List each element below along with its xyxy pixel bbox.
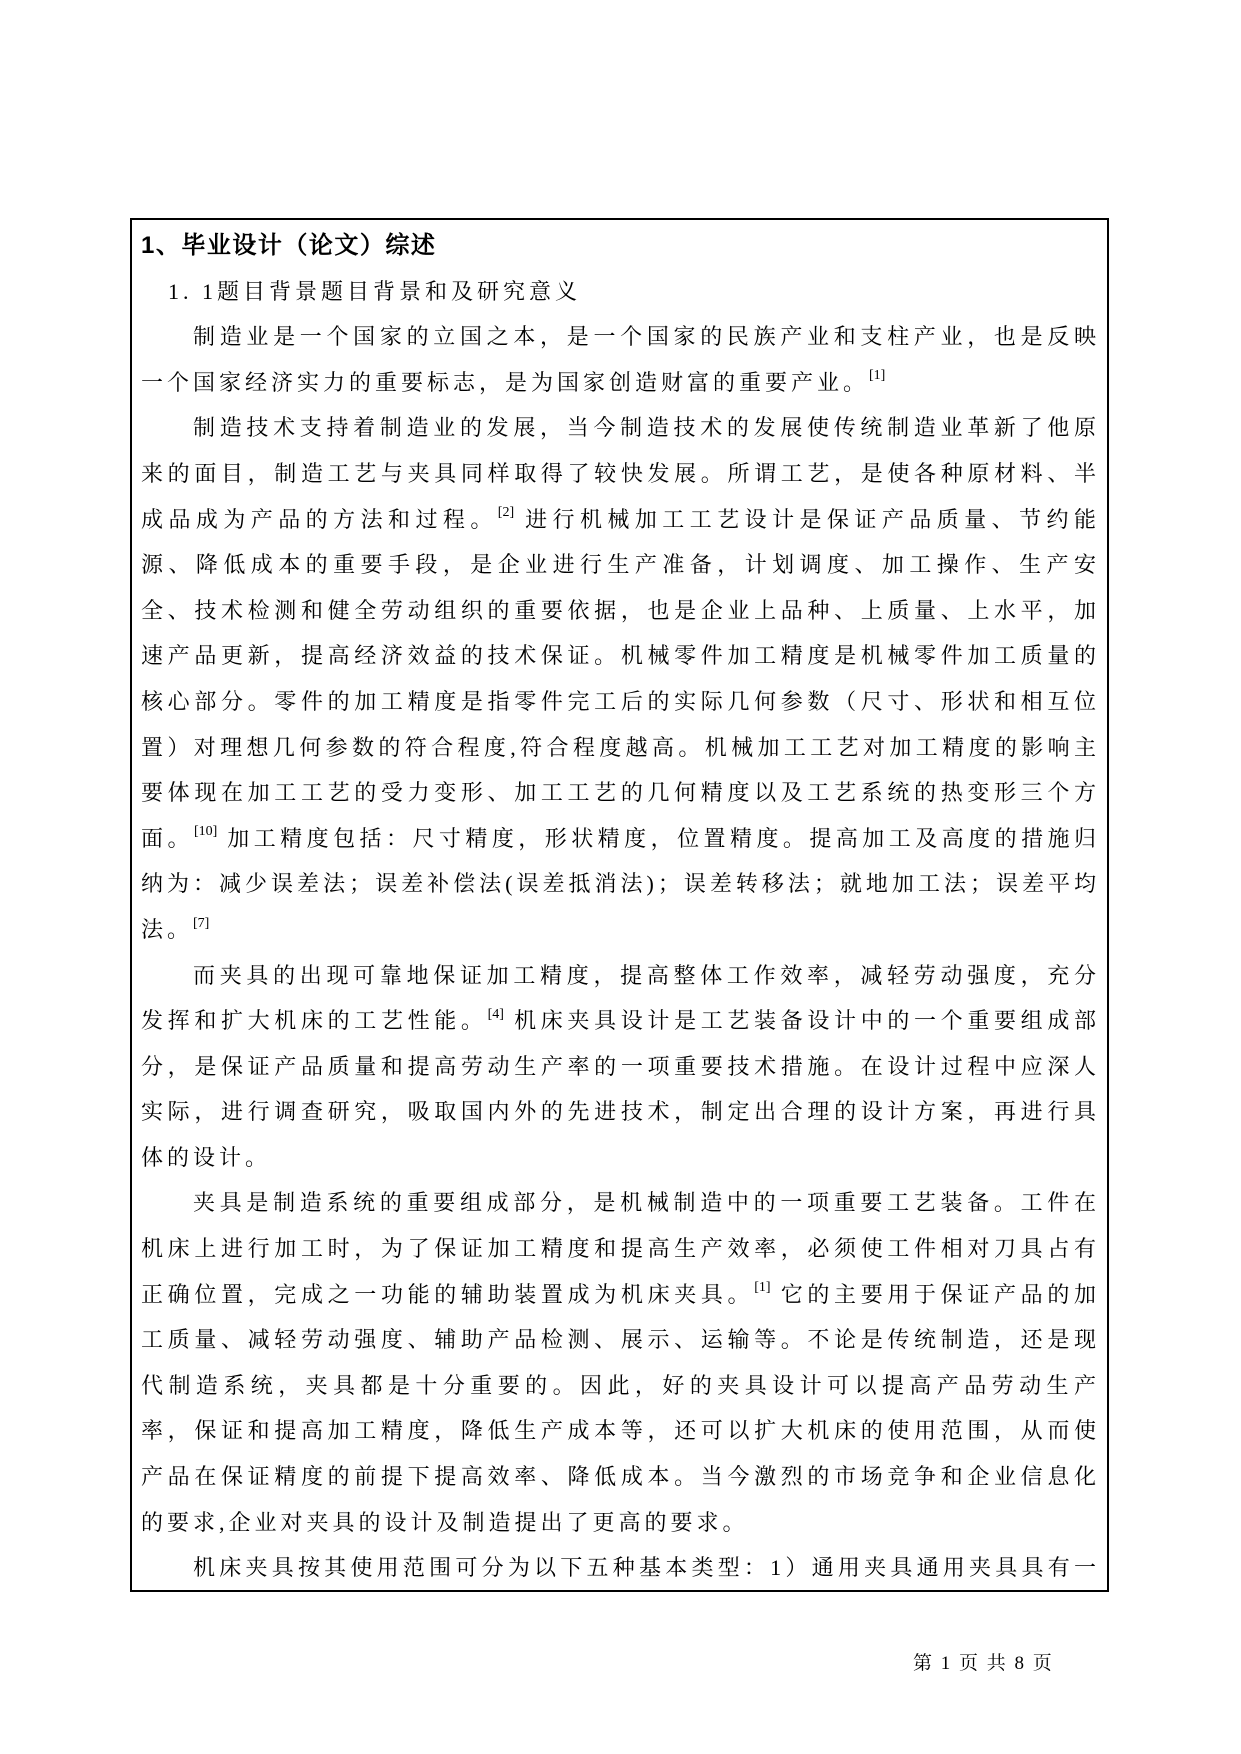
document-paragraphs: 制造业是一个国家的立国之本，是一个国家的民族产业和支柱产业，也是反映一个国家经济… <box>141 314 1100 1592</box>
document-page: 1、毕业设计（论文）综述 1. 1题目背景题目背景和及研究意义 制造业是一个国家… <box>0 0 1241 1754</box>
citation-ref: [1] <box>754 1280 770 1295</box>
section-heading: 1. 1题目背景题目背景和及研究意义 <box>141 269 1100 315</box>
paragraph: 制造技术支持着制造业的发展，当今制造技术的发展使传统制造业革新了他原来的面目，制… <box>141 405 1100 952</box>
citation-ref: [1] <box>869 368 885 383</box>
paragraph: 制造业是一个国家的立国之本，是一个国家的民族产业和支柱产业，也是反映一个国家经济… <box>141 314 1100 405</box>
citation-ref: [2] <box>498 505 514 520</box>
citation-ref: [10] <box>194 824 217 839</box>
paragraph: 夹具是制造系统的重要组成部分，是机械制造中的一项重要工艺装备。工件在机床上进行加… <box>141 1180 1100 1545</box>
citation-ref: [4] <box>488 1007 504 1022</box>
page-number: 第 1 页 共 8 页 <box>913 1648 1054 1675</box>
paragraph: 而夹具的出现可靠地保证加工精度，提高整体工作效率，减轻劳动强度，充分发挥和扩大机… <box>141 953 1100 1181</box>
paragraph: 机床夹具按其使用范围可分为以下五种基本类型：1）通用夹具通用夹具具有一定的通用性… <box>141 1545 1100 1592</box>
content-frame: 1、毕业设计（论文）综述 1. 1题目背景题目背景和及研究意义 制造业是一个国家… <box>130 218 1109 1592</box>
document-title: 1、毕业设计（论文）综述 <box>141 223 1100 269</box>
citation-ref: [7] <box>193 916 209 931</box>
